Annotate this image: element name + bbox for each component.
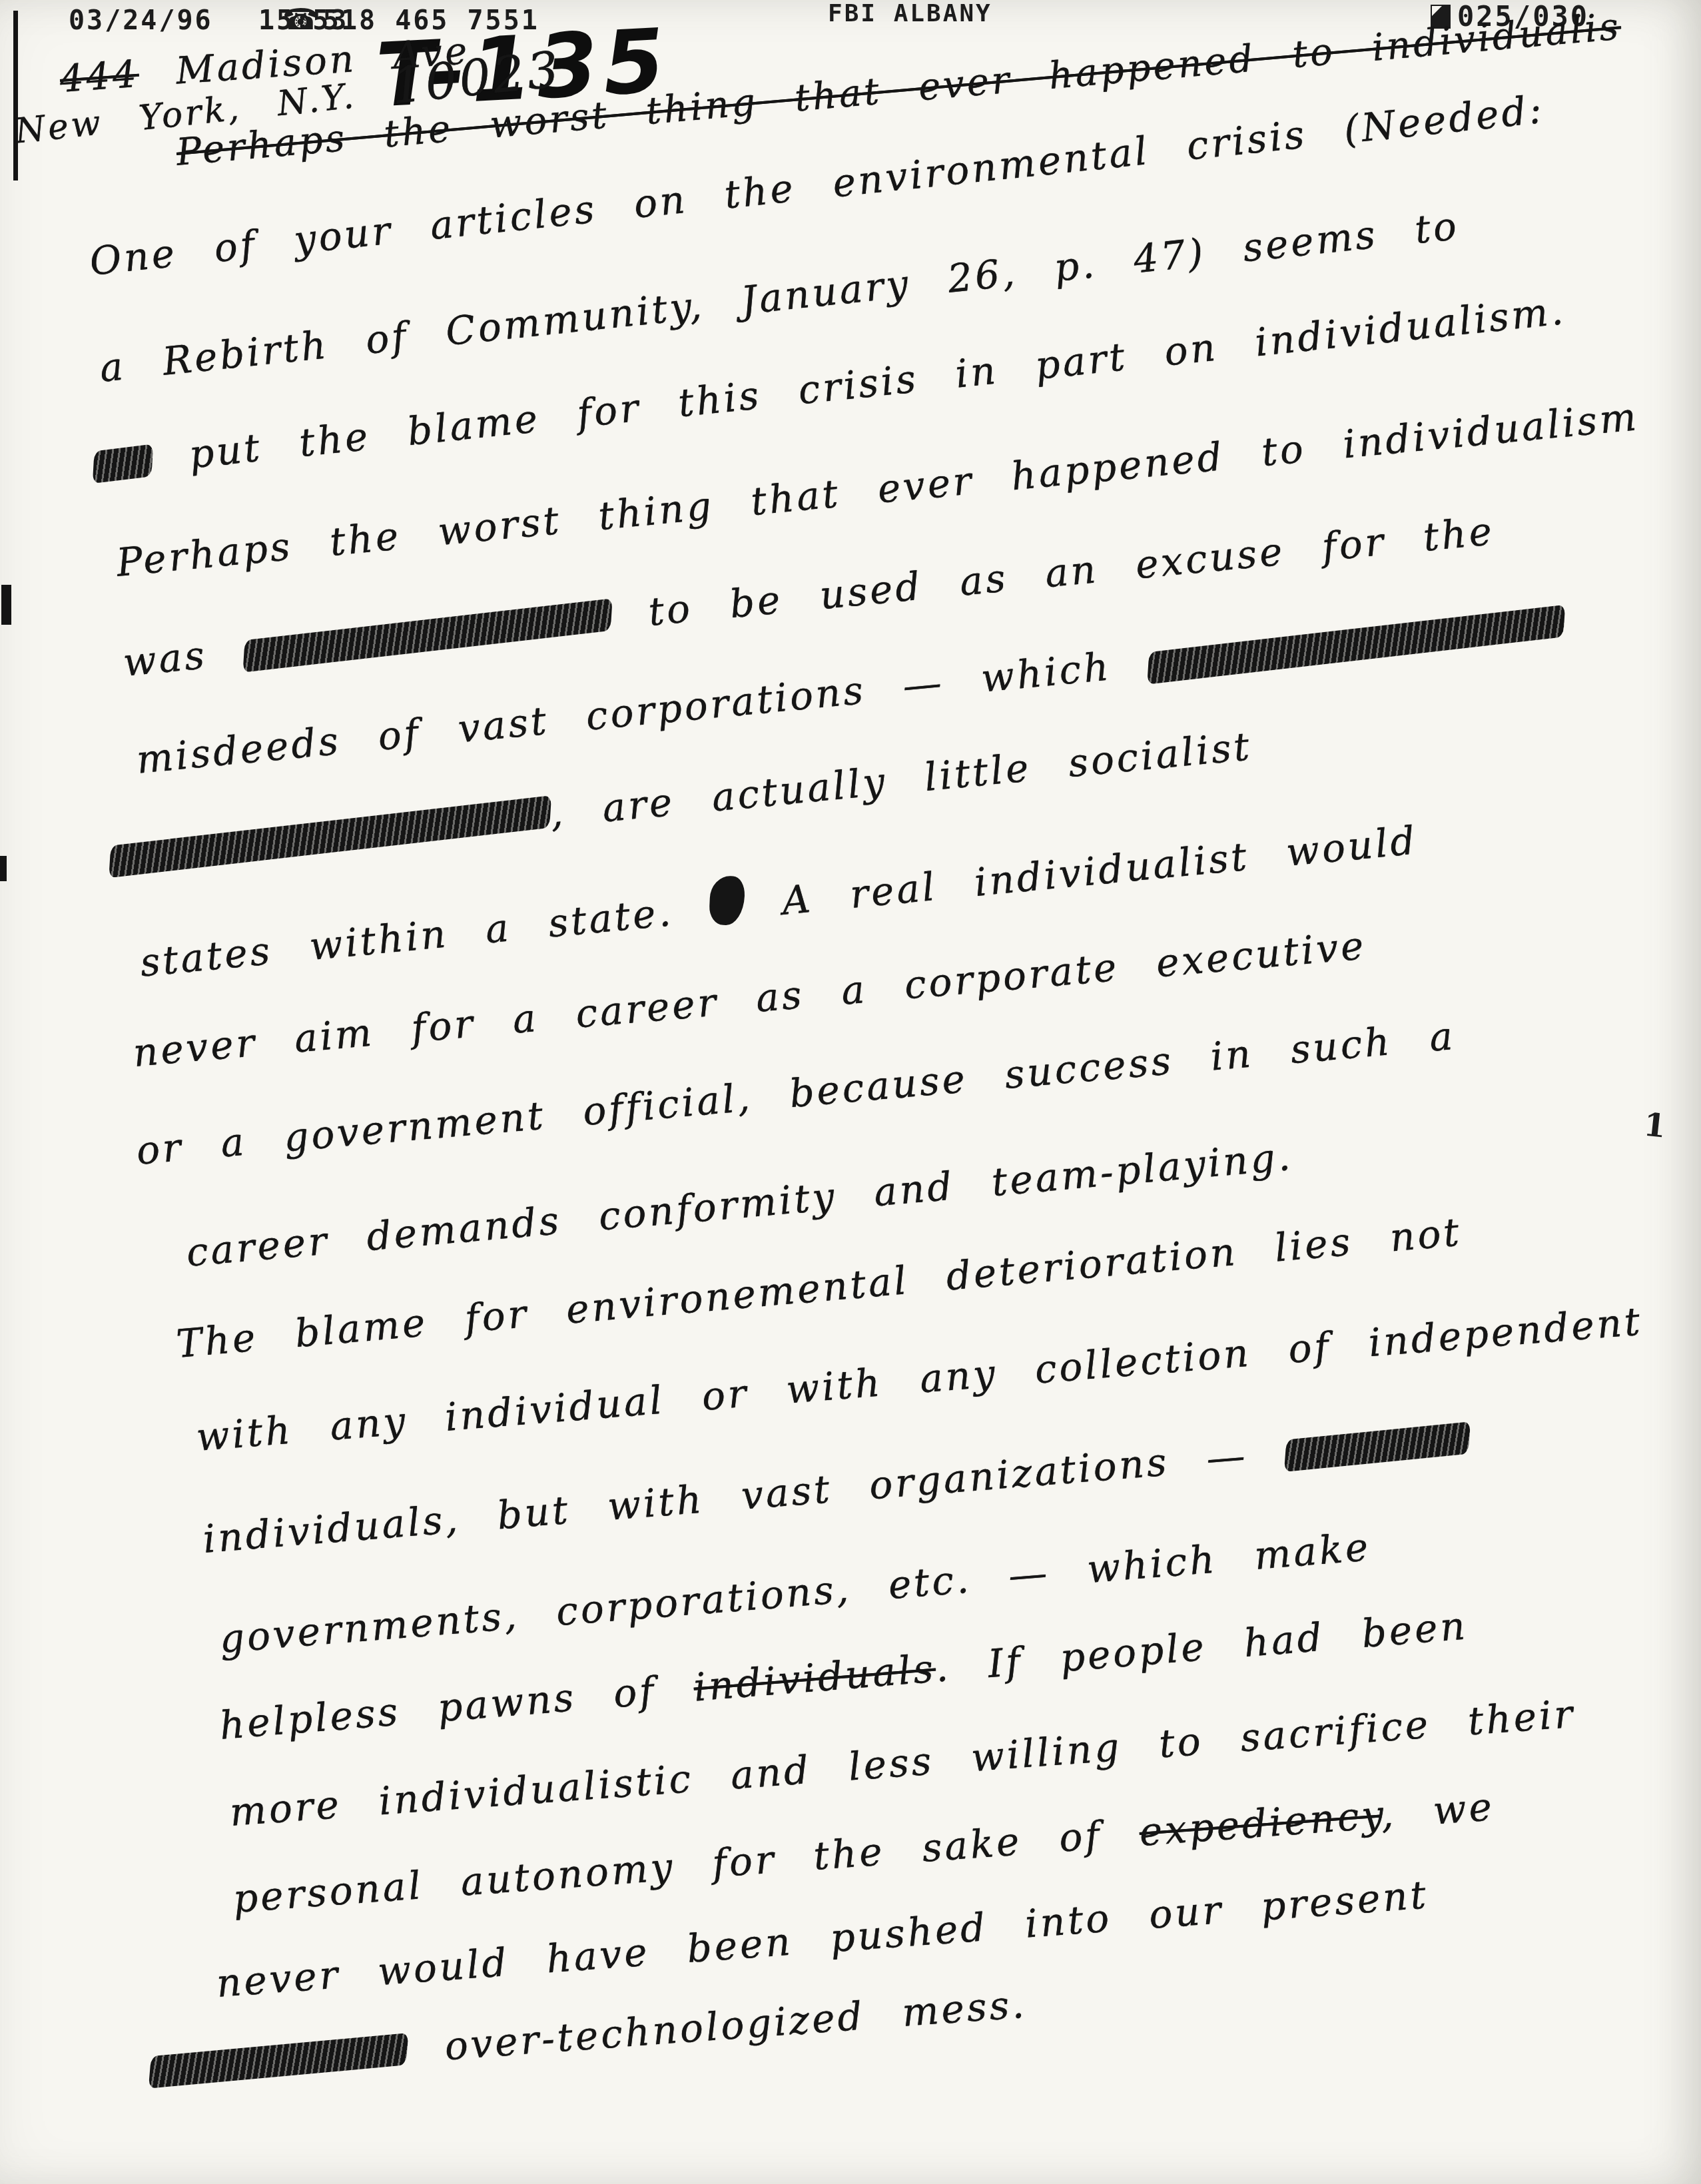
scan-artifact-left-dash	[1, 585, 11, 625]
text-segment: to be used as an excuse for the	[609, 508, 1496, 638]
scratched-out-text	[149, 2033, 409, 2088]
text-segment: over-technologized mess.	[406, 1981, 1028, 2071]
text-segment: , we	[1379, 1784, 1496, 1837]
text-segment: . If people had been	[934, 1603, 1469, 1690]
text-segment: was	[121, 629, 246, 685]
text-segment: expediency	[1138, 1792, 1382, 1855]
scan-artifact-left-line	[13, 11, 18, 181]
scratched-out-text	[109, 796, 551, 878]
scan-artifact-left-dash-small	[0, 856, 7, 881]
fax-date: 03/24/96	[69, 5, 213, 36]
text-segment: individuals	[692, 1646, 938, 1710]
ink-blob	[709, 875, 745, 926]
scratched-out-text	[1284, 1422, 1471, 1472]
text-segment: helpless pawns of	[218, 1665, 695, 1748]
text-segment: states within a state.	[138, 886, 712, 986]
scratched-out-text	[93, 444, 153, 484]
phone-icon: ☎	[282, 3, 319, 37]
scratched-out-text	[1148, 605, 1566, 684]
fax-scan-page: 03/24/96 15:53 ☎518 465 7551 FBI ALBANY …	[0, 0, 1701, 2184]
fax-station-name: FBI ALBANY	[828, 0, 992, 27]
text-segment: A real individualist would	[743, 817, 1419, 927]
text-segment: individuals, but with vast organizations…	[201, 1429, 1287, 1561]
text-segment: , are actually little socialist	[548, 723, 1254, 836]
scan-artifact-right-mark: 1	[1642, 1106, 1668, 1145]
scratched-out-text	[243, 599, 613, 673]
